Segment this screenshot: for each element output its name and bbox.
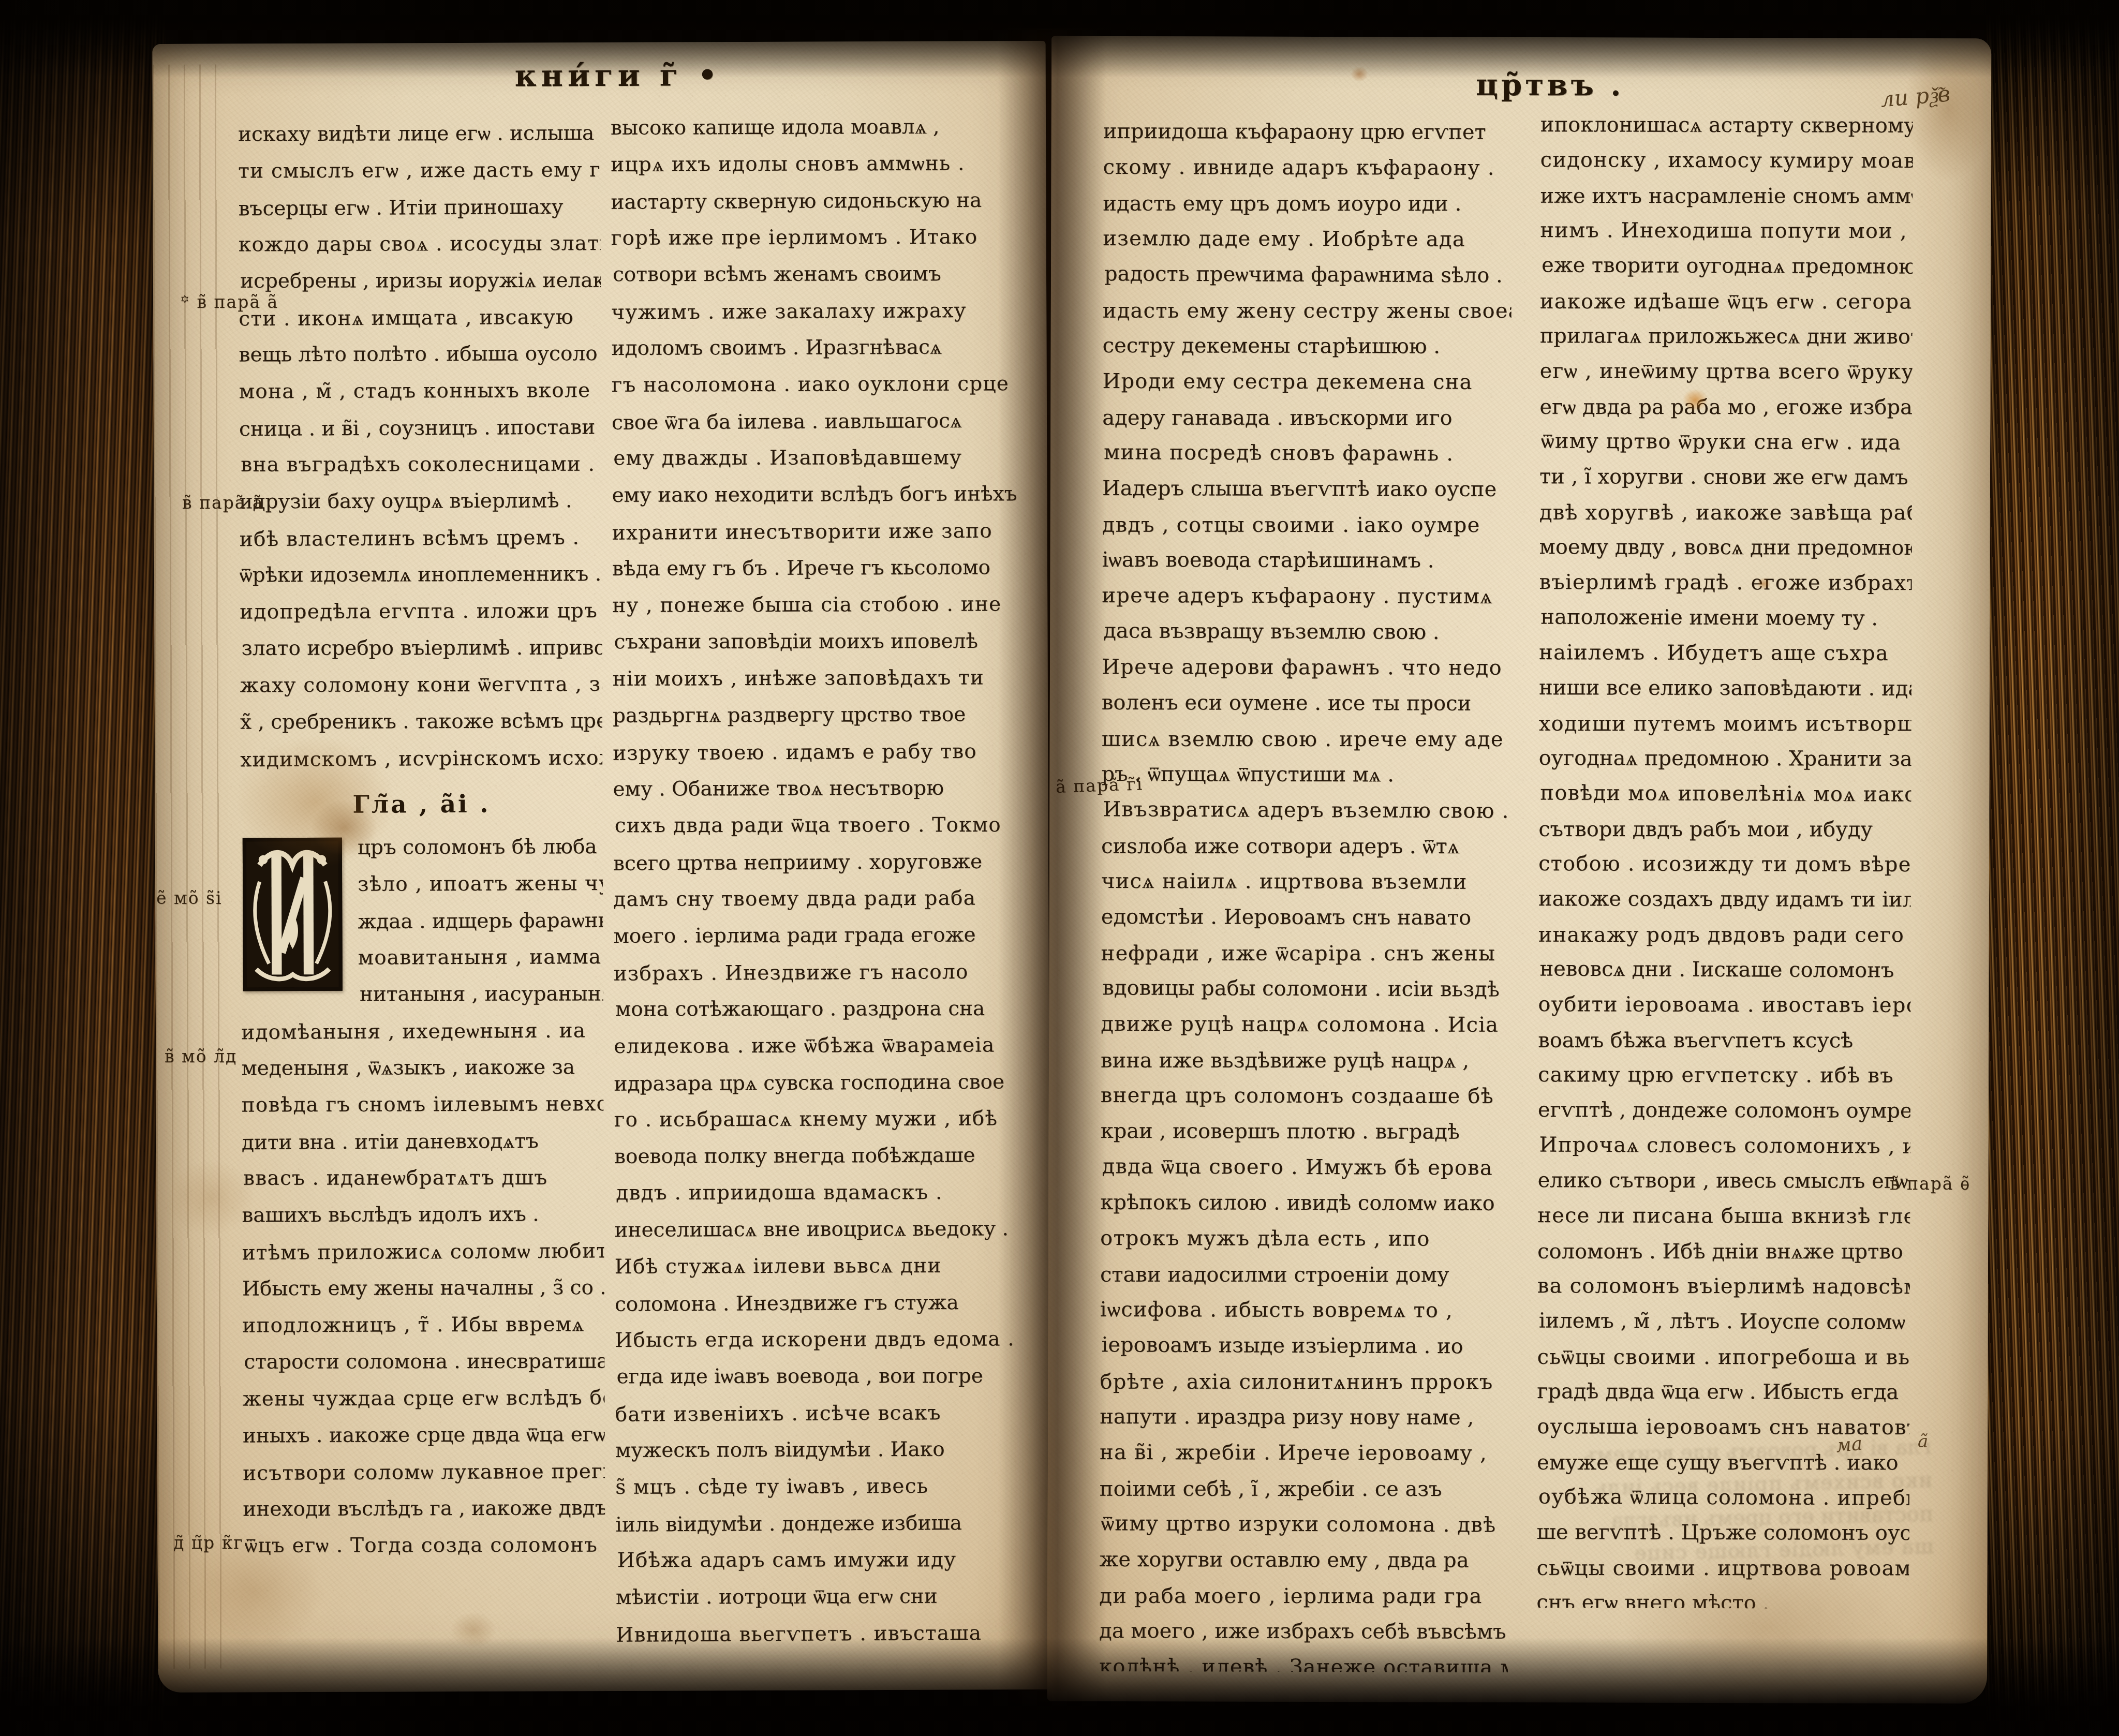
text-line: Ипрочаѧ словесъ соломонихъ , ивсѧ — [1539, 1127, 1911, 1164]
text-line: злато исребро въіерлимѣ . иприво — [241, 630, 603, 667]
text-line: нитаныня , иасураныня . — [360, 975, 605, 1013]
text-line: Ивнидоша вьегѵпетъ . ивъсташа — [616, 1614, 1025, 1653]
text-line: еже творити оугоднаѧ предомною , — [1542, 247, 1913, 284]
text-line: внегда цръ соломонъ создааше бѣ — [1101, 1078, 1509, 1115]
text-line: ѕ̃ мцъ . сѣде ту іѡавъ , ивесь — [615, 1467, 1024, 1506]
text-line: невовсѧ дни . Іискаше соломонъ — [1539, 951, 1912, 988]
text-line: егда иде іѡавъ воевода , вои погре — [616, 1358, 1025, 1395]
text-line: отрокъ мужъ дѣла есть , ипо — [1100, 1221, 1509, 1257]
handwritten-mark: а̃ — [1918, 1431, 1928, 1452]
text-line: дити вна . итіи даневходѧтъ — [242, 1122, 604, 1161]
text-line: ти , і̃ хоругви . снови же егѡ дамъ — [1539, 459, 1912, 495]
text-line: Ивъзвратисѧ адеръ въземлю свою . — [1103, 792, 1512, 829]
fore-edge-right — [1984, 0, 2119, 1736]
text-line: воамъ бѣжа въегѵпетъ ксусѣ — [1538, 1023, 1910, 1058]
text-line: ше вегѵптѣ . Цръже соломонъ оуспе — [1537, 1515, 1909, 1551]
text-line: въсерцы егѡ . Итіи приношаху — [238, 188, 600, 227]
text-line: изруку твоею . идамъ е рабу тво — [613, 733, 1021, 771]
text-line: Иадеръ слыша въегѵптѣ иако оуспе — [1102, 471, 1511, 508]
text-line: съхрани заповѣдіи моихъ иповелѣ — [614, 623, 1023, 660]
text-line: ему . Обаниже твоѧ несътворю — [613, 769, 1021, 808]
text-line: оугоднаѧ предомною . Хранити за — [1538, 740, 1911, 777]
text-line: на в̃і , жребіи . Ирече іеровоаму , — [1100, 1435, 1508, 1472]
text-line: мона , м̃ , стадъ конныхъ вколе — [239, 372, 601, 410]
text-line: мона сотѣжающаго . раздрона сна — [615, 990, 1024, 1028]
text-line: ввасъ . иданеѡбратѧтъ дшъ — [243, 1160, 605, 1197]
text-line: гъ насоломона . иако оуклони срце — [612, 365, 1020, 404]
text-line: инеходи въслѣдъ га , иакоже двдъ — [243, 1490, 605, 1527]
text-line: брѣте , ахіа силонитѧнинъ пррокъ — [1100, 1364, 1508, 1400]
text-line: сотвори всѣмъ женамъ своимъ — [613, 256, 1021, 293]
text-line: егѵптѣ , дондеже соломонъ оумре . — [1538, 1092, 1910, 1129]
text-line: идопредѣла егѵпта . иложи цръ — [240, 592, 602, 630]
text-line: го . исьбрашасѧ кнему мужи , ибѣ — [614, 1100, 1023, 1138]
text-line: движе руцѣ нацрѧ соломона . Исіа — [1101, 1006, 1509, 1043]
text-line: Ибысть егда искорени двдъ едома . — [615, 1320, 1024, 1359]
text-line: нимъ . Инеходиша попути мои , — [1540, 213, 1913, 249]
text-line: іеровоамъ изыде изъіерлима . ио — [1101, 1327, 1510, 1364]
margin-note: д̃ ц̃р к̃г — [173, 1533, 244, 1553]
text-line: повѣди моѧ иповелѣніѧ моѧ иакоже — [1540, 775, 1913, 812]
text-line: поіими себѣ , і̃ , жребіи . се азъ — [1100, 1472, 1508, 1507]
text-line: ніи моихъ , инѣже заповѣдахъ ти — [613, 659, 1021, 698]
text-line: ходиши путемъ моимъ исътворши — [1539, 706, 1911, 741]
text-line: Ибысть ему жены началны , з̃ со . — [242, 1269, 604, 1307]
text-line: всего цртва неприиму . хоруговже — [613, 843, 1022, 882]
text-line: Ибѣжа адаръ самъ имужи иду — [617, 1541, 1025, 1579]
text-line: вашихъ вьслѣдъ идолъ ихъ . — [242, 1196, 604, 1234]
text-line: въіерлимѣ градѣ . егоже избрахъ — [1539, 565, 1911, 601]
text-line: ну , понеже быша сіа стобою . ине — [612, 586, 1021, 624]
text-line: егѡ , инеѿиму цртва всего ѿруку — [1539, 353, 1912, 390]
text-column-right-2: ипоклонишасѧ астарту скверномусидонску ,… — [1536, 107, 1913, 1609]
text-line: двдъ . иприидоша вдамаскъ . — [616, 1174, 1025, 1211]
text-line: соломона . Инездвиже гъ стужа — [615, 1284, 1024, 1323]
text-line: же хоругви оставлю ему , двда ра — [1099, 1542, 1508, 1579]
woodcut-initial-icon — [246, 841, 339, 988]
text-line: избрахъ . Инездвиже гъ насоло — [614, 953, 1023, 992]
text-line: чужимъ . иже закалаху ижраху — [611, 292, 1020, 331]
text-line: ицрѧ ихъ идолы сновъ аммѡнь . — [611, 145, 1019, 183]
text-line: адеру ганавада . ивъскорми иго — [1102, 400, 1511, 436]
text-line: сидонску , ихамосу кумиру моавлю — [1540, 142, 1913, 179]
text-line: ждаа . идщерь фараѡню . — [358, 902, 603, 940]
text-line: ему дважды . Изаповѣдавшему — [613, 439, 1022, 477]
text-column-left-1: искаху видѣти лице егѡ . ислышати смыслъ… — [238, 115, 605, 1648]
text-line: несе ли писана быша вкнизѣ глемои — [1537, 1198, 1910, 1234]
text-line: ѿцъ егѡ . Тогда созда соломонъ — [245, 1527, 606, 1564]
text-line: чисѧ наіилѧ . ицртвова въземли — [1101, 864, 1510, 900]
text-line: ди раба моего , іерлима ради гра — [1099, 1579, 1508, 1614]
text-line: инеселишасѧ вне ивоцрисѧ вьедоку . — [614, 1210, 1023, 1249]
text-line: сиѕлоба иже сотвори адеръ . ѿтѧ — [1101, 829, 1510, 865]
text-line: раздьргнѧ раздвергу црство твое — [613, 696, 1021, 734]
text-line: ѿрѣки идоземлѧ иноплеменникъ . — [240, 556, 602, 593]
text-line: идасть ему жену сестру жены своеа — [1103, 293, 1512, 329]
margin-note: в̃ мо̃ л̃д — [165, 1046, 237, 1066]
text-line: сница . и в̃і , соузницъ . ипостави — [239, 409, 601, 448]
text-line: иакоже идѣаше ѿцъ егѡ . сегоради — [1540, 284, 1913, 319]
text-line: жаху соломону кони ѿегѵпта , за — [240, 666, 602, 704]
text-line: ипоклонишасѧ астарту скверному — [1540, 107, 1913, 143]
text-line: да моего , иже избрахъ себѣ въвсѣмъ — [1099, 1613, 1508, 1650]
text-line: сихъ двда ради ѿца твоего . Токмо — [615, 807, 1024, 844]
text-line: елидекова . иже ѿбѣжа ѿварамеіа — [614, 1027, 1023, 1065]
text-line: ибѣ властелинъ всѣмъ цремъ . — [240, 519, 602, 558]
text-line: дамъ сну твоему двда ради раба — [613, 880, 1022, 918]
text-line: двда ѿца своего . Имужъ бѣ ерова — [1102, 1149, 1510, 1186]
text-line: оубити іеровоама . ивоставъ іеро — [1538, 987, 1910, 1023]
text-line: вна въградѣхъ соколесницами . — [241, 446, 603, 483]
text-line: ѿиму цртво изруки соломона . двѣ — [1101, 1506, 1510, 1543]
book-photo-stage: кни́ги г̃ • искаху видѣти лице егѡ . исл… — [0, 0, 2119, 1736]
text-line: х̃ , сребреникъ . такоже всѣмъ цремъ — [240, 703, 602, 740]
text-line: ихранити инесътворити иже запо — [612, 512, 1021, 551]
text-line: иакоже создахъ двду идамъ ти іиль — [1538, 881, 1911, 917]
text-line: стави иадосилми строеніи дому — [1100, 1257, 1509, 1293]
text-line: идразара црѧ сувска господина свое — [614, 1063, 1023, 1102]
text-line: шисѧ вземлю свою . ирече ему аде — [1102, 722, 1510, 758]
text-line: сестру декемены старѣишюю . — [1103, 328, 1512, 365]
text-line: моему двду , вовсѧ дни предомною — [1539, 529, 1912, 566]
text-line: двѣ хоругвѣ , иакоже завѣща рабу — [1539, 495, 1912, 530]
text-line: итѣмъ приложисѧ соломѡ любити . — [242, 1233, 604, 1271]
text-line: искаху видѣти лице егѡ . ислыша — [238, 115, 600, 153]
text-line: вѣда ему гъ бъ . Ирече гъ кьсоломо — [612, 549, 1021, 587]
text-line: напути . ираздра ризу нову наме , — [1100, 1399, 1508, 1436]
text-line: ти смыслъ егѡ , иже дасть ему гъ — [238, 152, 600, 189]
handwritten-mark: ма — [1835, 1433, 1863, 1457]
text-line: сти . иконѧ имщата , ивсакую — [239, 299, 601, 337]
text-line: высоко капище идола моавлѧ , — [611, 108, 1019, 146]
text-line: идомѣаныня , ихедеѡныня . иа — [241, 1012, 603, 1051]
margin-note: в̃ пара̃ а̃ — [182, 493, 264, 513]
text-line: ирече адеръ къфараону . пустимѧ — [1102, 578, 1510, 615]
margin-note: ꙳ в̃ пара̃ а̃ — [180, 290, 278, 313]
text-line: градѣ двда ѿца егѡ . Ибысть егда — [1537, 1374, 1909, 1410]
text-line: воевода полку внегда побѣждаше — [614, 1137, 1023, 1175]
text-line: повѣда гъ сномъ іилевымъ невхо — [241, 1086, 603, 1123]
drop-cap-initial — [243, 838, 343, 991]
text-line: нефради , иже ѿсаріра . снъ жены — [1101, 936, 1510, 972]
text-line: іѡавъ воевода старѣишинамъ . — [1102, 542, 1510, 579]
text-line: идоломъ своимъ . Иразгнѣвасѧ — [611, 329, 1020, 367]
margin-note: е̃ мо̃ ѕ̃і — [156, 888, 223, 908]
column-lines: ипоклонишасѧ астарту скверномусидонску ,… — [1536, 107, 1913, 1609]
page-header-right: цр̃твъ . — [1476, 67, 1624, 103]
text-line: ва соломонъ въіерлимѣ надовсѣмъ — [1537, 1268, 1910, 1304]
page-block-edge-left — [0, 0, 166, 1736]
text-line: сьѿцы своими . ипогребоша и вь — [1537, 1340, 1910, 1375]
text-line: іилемъ , м̃ , лѣтъ . Иоуспе соломѡ — [1539, 1303, 1911, 1340]
text-line: иже ихтъ насрамленіе сномъ аммѡ — [1540, 179, 1913, 214]
text-line: оубѣжа ѿлица соломона . ипребыва — [1538, 1479, 1911, 1516]
text-line: елико сътвори , ивесь смыслъ егѡ — [1537, 1163, 1910, 1199]
text-line: стобою . исозижду ти домъ вѣре , — [1538, 846, 1911, 882]
text-column-right-1: иприидоша къфараону црю егѵпетскому . ив… — [1099, 114, 1512, 1672]
text-line: Ибѣ стужаѧ іилеви вьвсѧ дни — [615, 1247, 1024, 1285]
text-line: колѣнѣ , илевѣ . Занеже оставиша мѧ , — [1099, 1649, 1508, 1672]
text-line: иприидоша къфараону црю егѵпет — [1103, 114, 1512, 151]
text-line: Ироди ему сестра декемена сна — [1102, 364, 1511, 400]
text-line: иныхъ . иакоже срце двда ѿца егѡ . — [243, 1416, 605, 1454]
text-line: даса възвращу въземлю свою . — [1103, 613, 1512, 650]
page-header-left: кни́ги г̃ • — [515, 57, 722, 93]
text-line: цръ соломонъ бѣ люба жены — [358, 828, 603, 866]
text-line: иподложницъ , т̃ . Ибы ввремѧ — [242, 1306, 604, 1344]
text-line: воленъ еси оумене . исе ты проси — [1102, 685, 1510, 722]
text-line: радость преѡчима фараѡнима ѕѣло . — [1104, 256, 1512, 293]
text-line: мѣистіи . иотроци ѿца егѡ сни — [616, 1578, 1025, 1616]
text-line: едомстѣи . Иеровоамъ снъ навато — [1101, 899, 1510, 936]
text-line: зѣло , ипоатъ жены чу — [358, 865, 603, 903]
text-line: иземлю даде ему . Иобрѣте ада — [1103, 221, 1512, 258]
text-line: вина иже вьздѣвиже руцѣ нацрѧ , — [1101, 1043, 1509, 1079]
text-line: жены чуждаа срце егѡ вслѣдъ богъ — [242, 1379, 604, 1417]
text-line: сакиму црю егѵпетску . ибѣ въ — [1538, 1057, 1910, 1093]
margin-note: а̃ пара̃ г̃і — [1055, 774, 1143, 797]
chapter-heading: Гл̃а , а̃і . — [240, 776, 602, 829]
text-line: ѿиму цртво ѿруки сна егѡ . ида — [1541, 423, 1913, 460]
text-line: моавитаныня , иамма — [358, 939, 603, 976]
column-lines: искаху видѣти лице егѡ . ислышати смыслъ… — [238, 115, 602, 777]
text-line: бати извеніихъ . исѣче всакъ — [615, 1394, 1024, 1433]
text-line: моего . іерлима ради града егоже — [613, 916, 1022, 955]
text-line: иастарту скверную сидоньскую на — [611, 182, 1019, 220]
text-line: двдъ , сотцы своими . іако оумре — [1102, 508, 1511, 543]
text-line: сьѿцы своими . ицртвова ровоамъ — [1536, 1551, 1909, 1586]
text-line: меденыня , ѿѧзыкъ , иакоже за — [241, 1049, 603, 1087]
text-line: егѡ двда ра раба мо , егоже избра , — [1539, 390, 1912, 425]
text-line: ръ . ѿпущаѧ ѿпустиши мѧ . — [1101, 756, 1510, 793]
text-line: сътвори двдъ рабъ мои , ибуду — [1538, 812, 1911, 847]
text-line: вещь лѣто полѣто . ибыша оусоло — [239, 335, 601, 373]
margin-note: в̃ пара̃ ѳ̃ — [1890, 1174, 1970, 1194]
text-line: ему иако неходити вслѣдъ богъ инѣхъ — [612, 476, 1020, 514]
text-line: крѣпокъ силою . ивидѣ соломѡ иако — [1100, 1185, 1509, 1222]
text-line: краи , исовершъ плотю . вьградѣ — [1101, 1114, 1509, 1150]
text-line: идасть ему цръ домъ иоуро иди . — [1103, 186, 1512, 222]
text-line: ниши все елико заповѣдаюти . ида — [1539, 670, 1911, 706]
text-line: іиль віидумѣи . дондеже избиша — [615, 1504, 1024, 1543]
text-line: идрузіи баху оуцрѧ въіерлимѣ . — [239, 482, 601, 520]
left-page: кни́ги г̃ • искаху видѣти лице егѡ . исл… — [152, 41, 1051, 1693]
text-line: горѣ иже пре іерлимомъ . Итако — [611, 218, 1020, 257]
text-line: инакажу родъ двдовъ ради сего но — [1538, 917, 1911, 953]
text-line: наіилемъ . Ибудетъ аще съхра — [1539, 635, 1911, 671]
text-line: скому . ивниде адаръ къфараону . — [1103, 150, 1512, 186]
text-line: іѡсифова . ибысть вовремѧ то , — [1100, 1292, 1509, 1329]
text-line: снъ егѡ внего мѣсто . — [1536, 1585, 1909, 1609]
text-line: исътвори соломѡ лукавное прегнѣ . — [243, 1453, 605, 1492]
text-line: соломонъ . Ибѣ дніи внѧже цртво — [1537, 1234, 1910, 1269]
text-line: мужескъ полъ віидумѣи . Иако — [615, 1431, 1024, 1469]
text-line: хидимскомъ , исѵрінскомъ исхождаше — [240, 739, 602, 778]
text-column-left-2: высоко капище идола моавлѧ ,ицрѧ ихъ идо… — [611, 108, 1025, 1662]
text-line: Ирече адерови фараѡнъ . что недо — [1102, 649, 1510, 686]
text-line: старости соломона . инесвратиша — [244, 1343, 605, 1381]
text-line: кождо дары своѧ . исосуды златы — [239, 225, 601, 263]
text-line: наположеніе имени моему ту . — [1540, 599, 1913, 636]
text-line: исребрены , иризы иоружіѧ иелако — [240, 262, 602, 300]
text-line: свое ѿга ба іилева . иавльшагосѧ — [612, 402, 1020, 441]
column-lines: иприидоша къфараону црю егѵпетскому . ив… — [1099, 114, 1512, 1672]
column-lines: высоко капище идола моавлѧ ,ицрѧ ихъ идо… — [611, 108, 1025, 1662]
text-line: вдовицы рабы соломони . исіи вьздѣ — [1102, 970, 1511, 1007]
text-line: мина посредѣ сновъ фараѡнь . — [1104, 435, 1512, 472]
text-line: прилагаѧ приложьжесѧ дни живота — [1540, 318, 1913, 354]
initial-paragraph: цръ соломонъ бѣ люба женызѣло , ипоатъ ж… — [241, 828, 605, 1564]
